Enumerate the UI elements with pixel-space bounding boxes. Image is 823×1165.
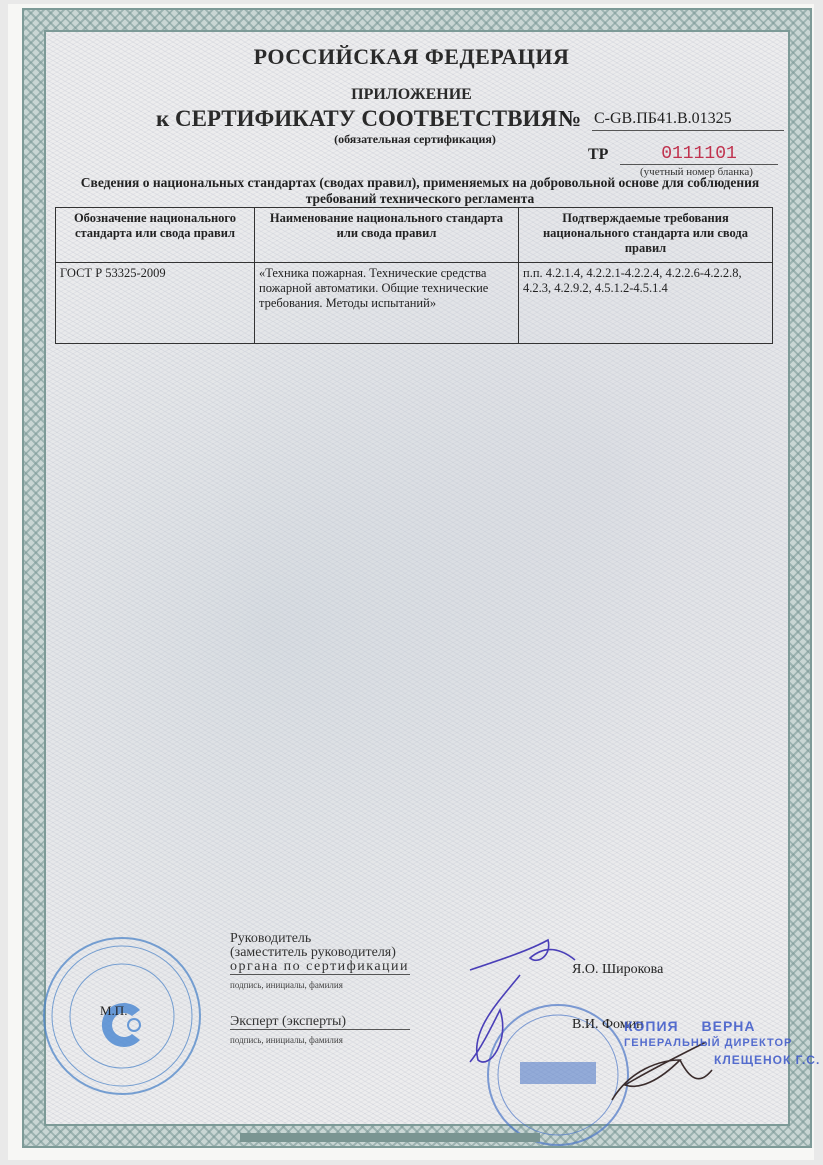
blank-manufacturer-microtext [240, 1133, 540, 1142]
head-signature-block: Руководитель (заместитель руководителя) … [230, 932, 410, 992]
expert-signature-block: Эксперт (эксперты) подпись, инициалы, фа… [230, 1015, 410, 1047]
copy-certified-stamp: КОПИЯ ВЕРНА ГЕНЕРАЛЬНЫЙ ДИРЕКТОР КЛЕЩЕНО… [624, 1018, 820, 1069]
column-header-name: Наименование национального стандарта или… [255, 208, 519, 263]
column-header-requirements: Подтверждаемые требования национального … [519, 208, 773, 263]
certificate-number: С-GB.ПБ41.В.01325 [592, 110, 784, 131]
appendix-title: ПРИЛОЖЕНИЕ [0, 86, 823, 104]
standards-table: Обозначение национального стандарта или … [55, 207, 773, 344]
standards-intro: Сведения о национальных стандартах (свод… [80, 175, 760, 207]
form-number: 0111101 [620, 144, 778, 165]
head-name: Я.О. Широкова [572, 962, 663, 978]
country-title: РОССИЙСКАЯ ФЕДЕРАЦИЯ [0, 44, 823, 70]
number-sign: № [558, 106, 581, 132]
standard-name: «Техника пожарная. Технические средства … [255, 263, 519, 344]
head-label-line2: (заместитель руководителя) [230, 946, 410, 960]
head-signature-caption: подпись, инициалы, фамилия [230, 978, 410, 992]
head-label-line3: органа по сертификации [230, 960, 410, 975]
head-label-line1: Руководитель [230, 932, 410, 946]
stamp-line1: КОПИЯ ВЕРНА [624, 1018, 820, 1035]
table-row: ГОСТ Р 53325-2009 «Техника пожарная. Тех… [56, 263, 773, 344]
column-header-designation: Обозначение национального стандарта или … [56, 208, 255, 263]
table-header-row: Обозначение национального стандарта или … [56, 208, 773, 263]
seal-place-label: М.П. [100, 1003, 127, 1019]
expert-label: Эксперт (эксперты) [230, 1015, 410, 1030]
expert-signature-caption: подпись, инициалы, фамилия [230, 1033, 410, 1047]
form-series: ТР [588, 146, 608, 164]
confirmed-requirements: п.п. 4.2.1.4, 4.2.2.1-4.2.2.4, 4.2.2.6-4… [519, 263, 773, 344]
stamp-line2: ГЕНЕРАЛЬНЫЙ ДИРЕКТОР [624, 1035, 820, 1052]
certification-type: (обязательная сертификация) [300, 132, 530, 147]
certificate-title: к СЕРТИФИКАТУ СООТВЕТСТВИЯ [156, 106, 557, 132]
standard-designation: ГОСТ Р 53325-2009 [56, 263, 255, 344]
stamp-line3: КЛЕЩЕНОК Г.С. [624, 1052, 820, 1069]
